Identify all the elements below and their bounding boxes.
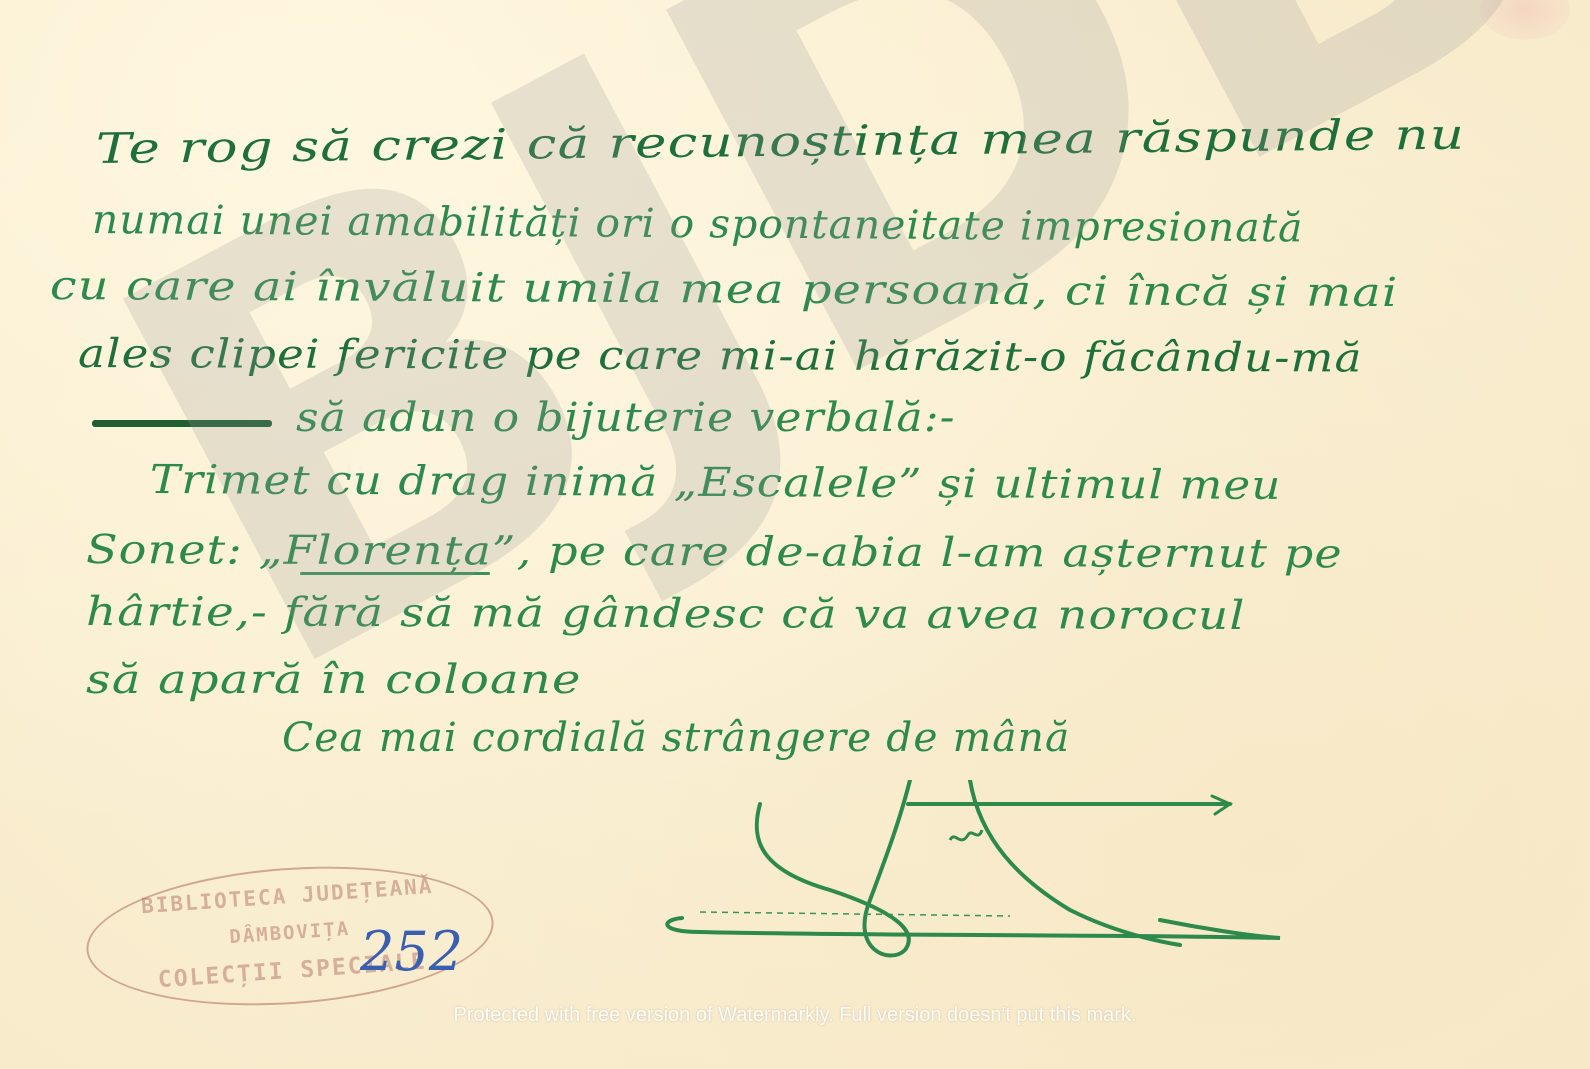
signature [660, 780, 1340, 960]
watermarkly-notice: Protected with free version of Watermark… [0, 1004, 1590, 1027]
inventory-number: 252 [360, 920, 463, 983]
